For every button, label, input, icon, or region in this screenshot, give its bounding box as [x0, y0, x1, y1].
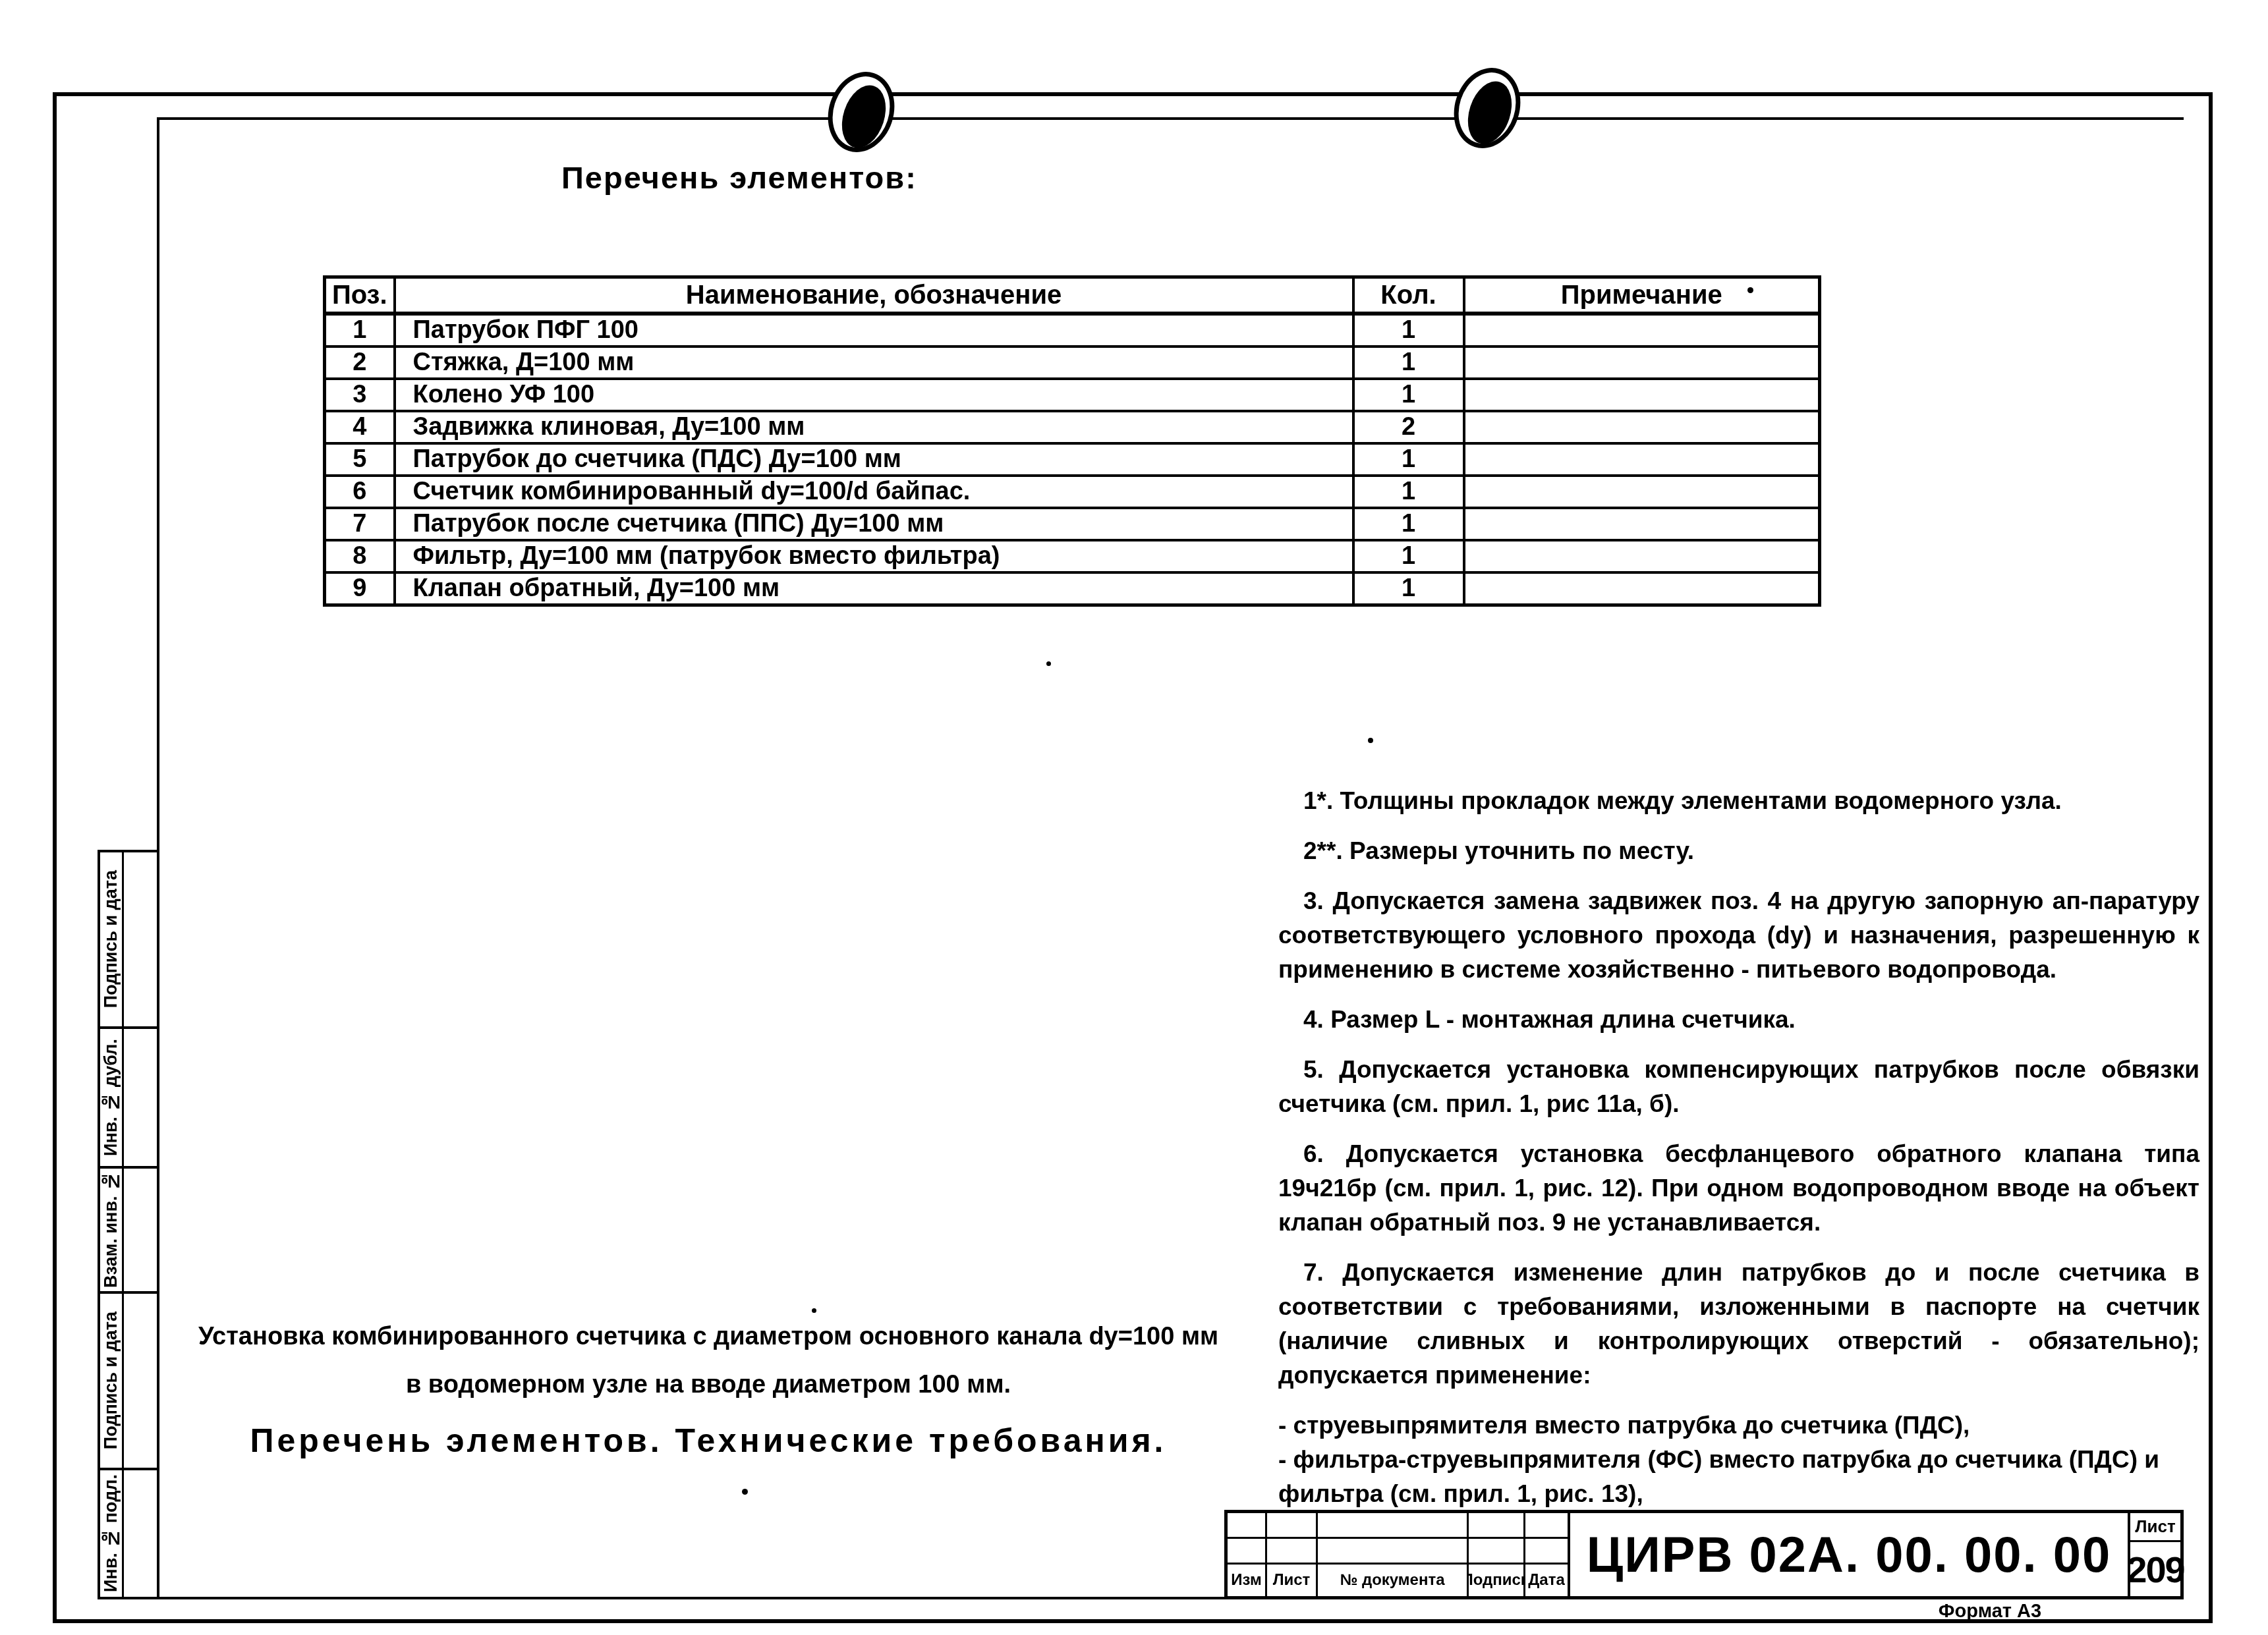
cell-qty: 1 [1353, 476, 1464, 508]
cell-qty: 1 [1353, 346, 1464, 379]
sheet-number-column: Лист 209 [2128, 1513, 2180, 1596]
scan-speck [812, 1308, 816, 1313]
stamp-sidebar: Подпись и дата Инв. № дубл. Взам. инв. №… [98, 850, 157, 1599]
table-row: 8 Фильтр, Ду=100 мм (патрубок вместо фил… [325, 540, 1820, 572]
cell-name: Фильтр, Ду=100 мм (патрубок вместо фильт… [395, 540, 1353, 572]
revision-cell-empty [1228, 1539, 1267, 1565]
revision-cell-empty [1469, 1513, 1525, 1539]
cell-note [1464, 379, 1820, 411]
cell-pos: 8 [325, 540, 395, 572]
table-row: 3 Колено УФ 100 1 [325, 379, 1820, 411]
cell-pos: 7 [325, 508, 395, 540]
revision-cell-empty [1318, 1513, 1469, 1539]
cell-note [1464, 411, 1820, 443]
revision-cell-empty [1469, 1539, 1525, 1565]
cell-pos: 1 [325, 314, 395, 346]
sidebar-cell-signature-date-1: Подпись и дата [100, 852, 157, 1029]
table-row: 5 Патрубок до счетчика (ПДС) Ду=100 мм 1 [325, 443, 1820, 476]
revision-cell-empty [1525, 1539, 1568, 1565]
binder-hole-icon [1455, 67, 1521, 152]
sheet-label: Лист [2130, 1513, 2180, 1542]
sidebar-label-strip: Инв. № дубл. [100, 1029, 124, 1166]
sidebar-cell-signature-date-2: Подпись и дата [100, 1294, 157, 1470]
sheet-caption: Установка комбинированного счетчика с ди… [184, 1323, 1232, 1460]
cell-name: Патрубок до счетчика (ПДС) Ду=100 мм [395, 443, 1353, 476]
table-row: 1 Патрубок ПФГ 100 1 [325, 314, 1820, 346]
cell-name: Счетчик комбинированный dy=100/d байпас. [395, 476, 1353, 508]
note-6: 6. Допускается установка бесфланцевого о… [1278, 1137, 2199, 1240]
column-header-qty: Кол. [1353, 277, 1464, 314]
note-7-option-2: - фильтра-струевыпрямителя (ФС) вместо п… [1278, 1443, 2199, 1511]
revision-header-list: Лист [1267, 1565, 1318, 1596]
revision-cell-empty [1267, 1513, 1318, 1539]
note-7: 7. Допускается изменение длин патрубков … [1278, 1256, 2199, 1393]
cell-name: Стяжка, Д=100 мм [395, 346, 1353, 379]
sidebar-label-strip: Подпись и дата [100, 852, 124, 1026]
sidebar-label-strip: Инв. № подл. [100, 1470, 124, 1597]
cell-note [1464, 314, 1820, 346]
sidebar-label-strip: Подпись и дата [100, 1294, 124, 1468]
technical-notes: 1*. Толщины прокладок между элементами в… [1278, 784, 2199, 1511]
column-header-pos: Поз. [325, 277, 395, 314]
scan-speck [1747, 287, 1753, 293]
cell-note [1464, 443, 1820, 476]
revision-header-doc-number: № документа [1318, 1565, 1469, 1596]
table-header-row: Поз. Наименование, обозначение Кол. Прим… [325, 277, 1820, 314]
cell-name: Колено УФ 100 [395, 379, 1353, 411]
note-4: 4. Размер L - монтажная длина счетчика. [1278, 1003, 2199, 1037]
title-block: Изм Лист № документа Подпись Дата ЦИРВ 0… [1224, 1510, 2184, 1599]
note-1: 1*. Толщины прокладок между элементами в… [1278, 784, 2199, 818]
cell-pos: 5 [325, 443, 395, 476]
binder-hole-icon [829, 71, 895, 155]
sidebar-label-strip: Взам. инв. № [100, 1169, 124, 1291]
revision-header-date: Дата [1525, 1565, 1568, 1596]
document-code: ЦИРВ 02А. 00. 00. 00 [1587, 1526, 2112, 1584]
drawing-sheet: Перечень элементов: Поз. Наименование, о… [0, 0, 2268, 1635]
column-header-name: Наименование, обозначение [395, 277, 1353, 314]
cell-note [1464, 346, 1820, 379]
sidebar-label: Инв. № подл. [101, 1474, 121, 1592]
cell-name: Патрубок ПФГ 100 [395, 314, 1353, 346]
cell-qty: 1 [1353, 572, 1464, 605]
cell-name: Клапан обратный, Ду=100 мм [395, 572, 1353, 605]
revision-header-signature: Подпись [1469, 1565, 1525, 1596]
sidebar-label: Инв. № дубл. [101, 1039, 121, 1156]
cell-name: Патрубок после счетчика (ППС) Ду=100 мм [395, 508, 1353, 540]
column-header-note: Примечание [1464, 277, 1820, 314]
cell-pos: 9 [325, 572, 395, 605]
inner-frame-top-line [157, 117, 2184, 120]
cell-qty: 1 [1353, 540, 1464, 572]
document-code-cell: ЦИРВ 02А. 00. 00. 00 [1570, 1513, 2128, 1596]
revision-header-izm: Изм [1228, 1565, 1267, 1596]
sidebar-label: Взам. инв. № [101, 1171, 121, 1288]
revision-cell-empty [1267, 1539, 1318, 1565]
cell-note [1464, 476, 1820, 508]
note-5: 5. Допускается установка компенсирующих … [1278, 1053, 2199, 1121]
cell-qty: 1 [1353, 314, 1464, 346]
sheet-number: 209 [2130, 1542, 2180, 1596]
inner-frame-bottom-line [157, 1597, 1226, 1599]
cell-pos: 3 [325, 379, 395, 411]
scan-speck [1046, 661, 1051, 666]
table-row: 6 Счетчик комбинированный dy=100/d байпа… [325, 476, 1820, 508]
cell-pos: 4 [325, 411, 395, 443]
sidebar-cell-inv-dupl: Инв. № дубл. [100, 1029, 157, 1169]
sidebar-label: Подпись и дата [101, 1312, 121, 1449]
revision-table: Изм Лист № документа Подпись Дата [1228, 1513, 1570, 1596]
cell-note [1464, 540, 1820, 572]
revision-cell-empty [1525, 1513, 1568, 1539]
page-title: Перечень элементов: [561, 159, 917, 196]
sidebar-cell-inv-podl: Инв. № подл. [100, 1470, 157, 1597]
cell-pos: 2 [325, 346, 395, 379]
scan-speck [742, 1489, 748, 1495]
cell-qty: 1 [1353, 379, 1464, 411]
cell-name: Задвижка клиновая, Ду=100 мм [395, 411, 1353, 443]
revision-cell-empty [1228, 1513, 1267, 1539]
caption-title: Перечень элементов. Технические требован… [184, 1422, 1232, 1460]
sidebar-cell-vzam-inv: Взам. инв. № [100, 1169, 157, 1294]
cell-qty: 2 [1353, 411, 1464, 443]
caption-line-1: Установка комбинированного счетчика с ди… [184, 1323, 1232, 1351]
cell-qty: 1 [1353, 508, 1464, 540]
table-row: 2 Стяжка, Д=100 мм 1 [325, 346, 1820, 379]
table-row: 4 Задвижка клиновая, Ду=100 мм 2 [325, 411, 1820, 443]
cell-note [1464, 508, 1820, 540]
note-3: 3. Допускается замена задвижек поз. 4 на… [1278, 884, 2199, 987]
table-row: 9 Клапан обратный, Ду=100 мм 1 [325, 572, 1820, 605]
elements-table: Поз. Наименование, обозначение Кол. Прим… [323, 275, 1821, 607]
cell-qty: 1 [1353, 443, 1464, 476]
scan-speck [1368, 738, 1373, 743]
note-7-option-1: - струевыпрямителя вместо патрубка до сч… [1278, 1408, 2199, 1443]
format-note: Формат А3 [1898, 1601, 2082, 1622]
note-2: 2**. Размеры уточнить по месту. [1278, 834, 2199, 868]
cell-pos: 6 [325, 476, 395, 508]
inner-frame-left-line [157, 117, 159, 1599]
cell-note [1464, 572, 1820, 605]
sidebar-label: Подпись и дата [101, 870, 121, 1008]
caption-line-2: в водомерном узле на вводе диаметром 100… [184, 1371, 1232, 1399]
revision-cell-empty [1318, 1539, 1469, 1565]
table-row: 7 Патрубок после счетчика (ППС) Ду=100 м… [325, 508, 1820, 540]
